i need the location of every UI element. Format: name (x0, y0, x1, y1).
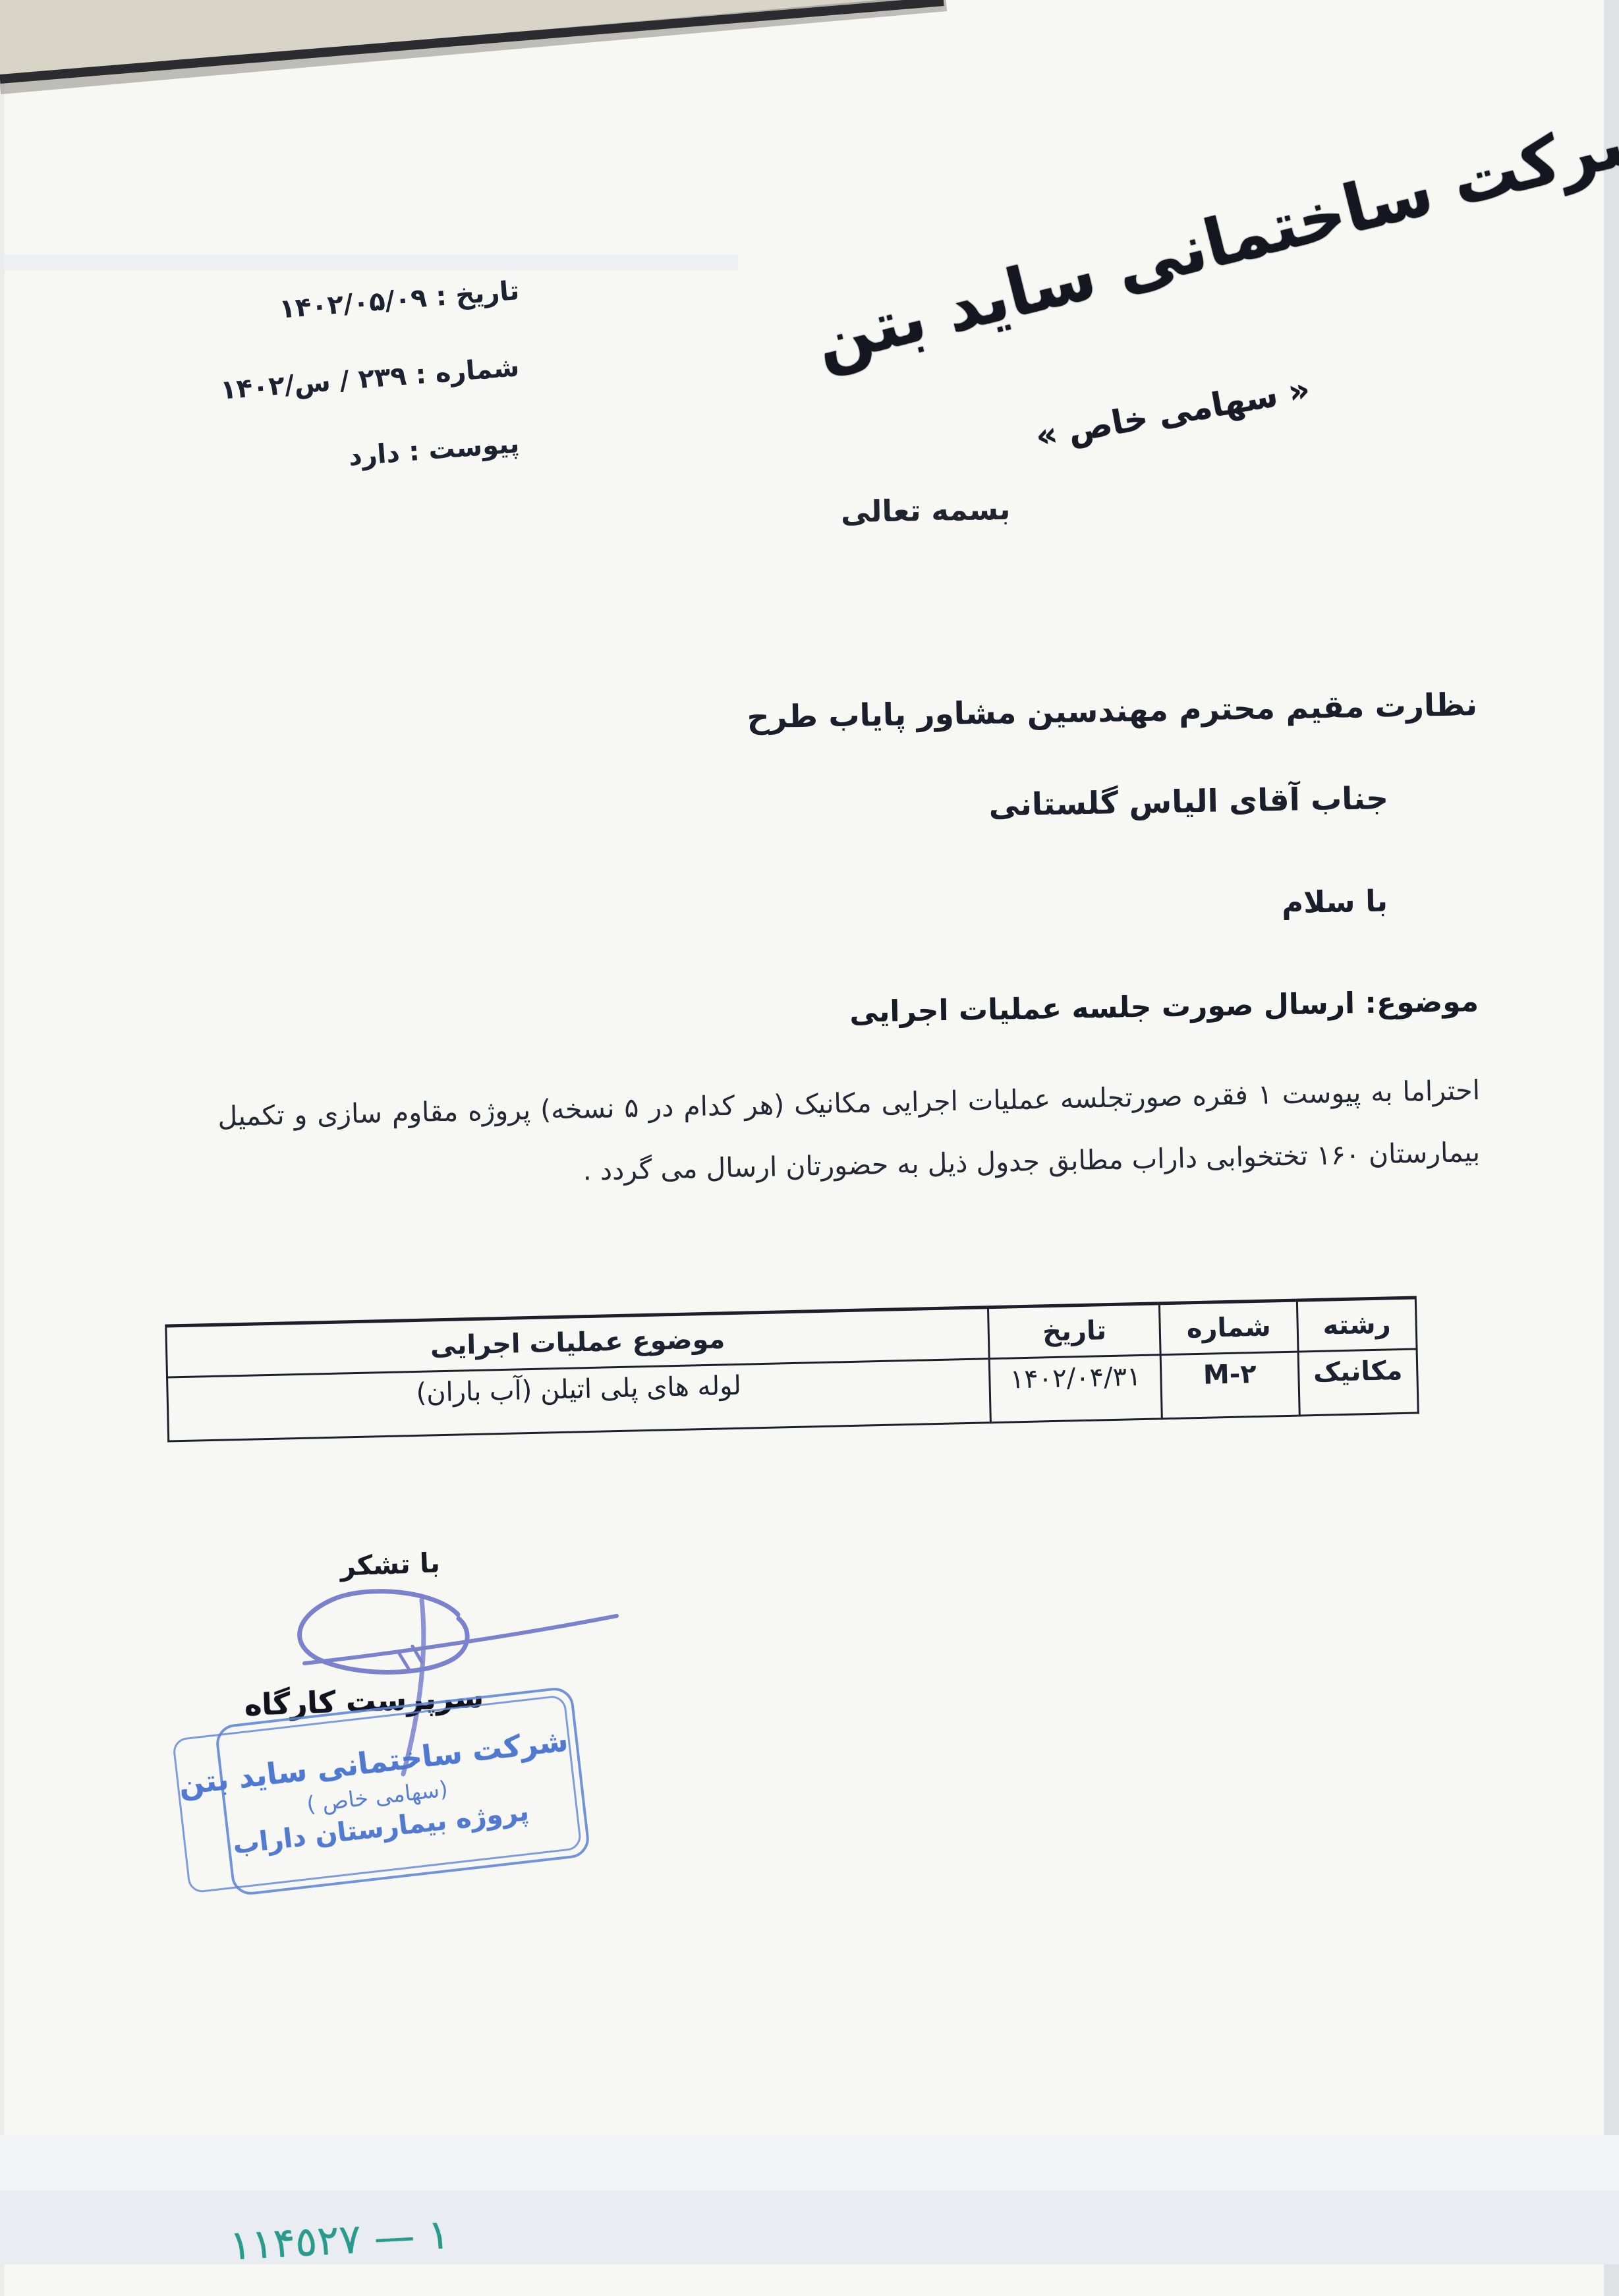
scan-streak (0, 254, 738, 270)
number-value: ۲۳۹ / س/۱۴۰۲ (219, 361, 408, 406)
salutation: با سلام (1265, 883, 1388, 920)
col-header-discipline: رشته (1297, 1298, 1417, 1352)
scanned-letter-page: شرکت ساختمانی ساید بتن « سهامی خاص » تار… (0, 0, 1619, 2296)
thanks-note: با تشکر (337, 1547, 443, 1582)
date-value: ۱۴۰۲/۰۵/۰۹ (278, 283, 428, 324)
attachment-label: پیوست : (408, 428, 521, 467)
col-header-number: شماره (1160, 1300, 1298, 1355)
company-stamp-inner-border: شرکت ساختمانی ساید بتن (سهامی خاص ) پروژ… (172, 1694, 582, 1893)
subject-label: موضوع: (1365, 985, 1479, 1020)
invocation: بسمه تعالی (841, 492, 1011, 529)
body-line-2: بیمارستان ۱۶۰ تختخوابی داراب مطابق جدول … (527, 1136, 1481, 1188)
cell-discipline: مکانیک (1298, 1349, 1418, 1416)
col-header-date: تاریخ (988, 1304, 1161, 1359)
left-scan-edge (0, 0, 5, 2296)
recipient-line-1: نظارت مقیم محترم مهندسین مشاور پایاب طرح (829, 687, 1478, 734)
field-attachment: پیوست : دارد (395, 428, 521, 469)
field-date: تاریخ : ۱۴۰۲/۰۵/۰۹ (289, 275, 521, 324)
date-label: تاریخ : (435, 275, 521, 312)
cell-number: M-۲ (1160, 1352, 1299, 1419)
body-line-1: احتراما به پیوست ۱ فقره صورتجلسه عملیات … (217, 1074, 1481, 1132)
company-name-calligraphy: شرکت ساختمانی ساید بتن (871, 38, 1606, 437)
cell-date: ۱۴۰۲/۰۴/۳۱ (989, 1355, 1162, 1423)
attachment-value: دارد (347, 438, 401, 472)
recipient-line-2: جناب آقای الیاس گلستانی (1018, 780, 1389, 823)
subject-line: موضوع: ارسال صورت جلسه عملیات اجرایی (957, 985, 1479, 1027)
field-number: شماره : ۲۳۹ / س/۱۴۰۲ (260, 352, 520, 403)
bottom-scan-band-light (0, 2135, 1619, 2191)
subject-text: ارسال صورت جلسه عملیات اجرایی (849, 987, 1365, 1029)
operations-table: رشته شماره تاریخ موضوع عملیات اجرایی مکا… (165, 1296, 1419, 1442)
right-scan-edge (1604, 0, 1619, 2296)
number-label: شماره : (414, 352, 521, 390)
